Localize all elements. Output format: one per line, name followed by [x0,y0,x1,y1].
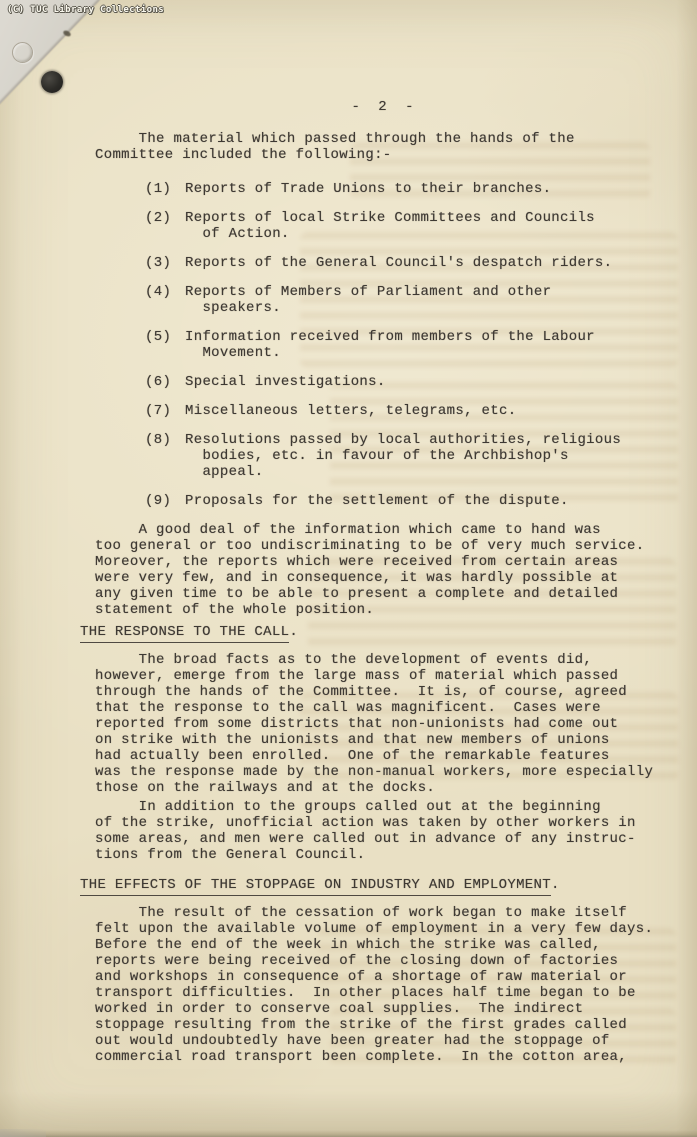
list-item: (5)Information received from members of … [95,329,675,361]
list-item: (2)Reports of local Strike Committees an… [95,210,675,242]
item-text: Reports of Trade Unions to their branche… [185,181,551,197]
heading-period: . [289,624,298,640]
item-number: (9) [145,493,171,509]
punch-hole [41,71,63,93]
section-heading-response: THE RESPONSE TO THE CALL. [80,624,675,640]
item-text: Information received from members of the… [185,329,595,361]
library-watermark: (C) TUC Library Collections [7,5,164,15]
typewritten-content: - 2 - The material which passed through … [95,99,675,1065]
list-item: (1)Reports of Trade Unions to their bran… [95,181,675,197]
item-number: (5) [145,329,171,345]
punch-ring-impression [12,42,33,63]
item-number: (7) [145,403,171,419]
paragraph-broad-facts: The broad facts as to the development of… [95,652,675,796]
item-text: Reports of Members of Parliament and oth… [185,284,551,316]
list-item: (8)Resolutions passed by local authoriti… [95,432,675,480]
item-number: (3) [145,255,171,271]
list-item: (4)Reports of Members of Parliament and … [95,284,675,316]
materials-list: (1)Reports of Trade Unions to their bran… [95,181,675,509]
list-item: (6)Special investigations. [95,374,675,390]
paragraph-result: The result of the cessation of work bega… [95,905,675,1065]
item-number: (1) [145,181,171,197]
intro-paragraph: The material which passed through the ha… [95,131,675,163]
page-bottom-edge [0,1130,697,1137]
item-text: Proposals for the settlement of the disp… [185,493,569,509]
list-item: (3)Reports of the General Council's desp… [95,255,675,271]
item-text: Miscellaneous letters, telegrams, etc. [185,403,516,419]
page-number: - 2 - [95,99,675,115]
heading-period: . [551,877,560,893]
paragraph-in-addition: In addition to the groups called out at … [95,799,675,863]
item-number: (4) [145,284,171,300]
list-item: (9)Proposals for the settlement of the d… [95,493,675,509]
item-number: (6) [145,374,171,390]
item-text: Special investigations. [185,374,386,390]
page-bottom-left-edge [0,1129,46,1137]
item-text: Reports of local Strike Committees and C… [185,210,595,242]
item-number: (8) [145,432,171,448]
heading-underlined-text: THE EFFECTS OF THE STOPPAGE ON INDUSTRY … [80,877,551,896]
item-text: Reports of the General Council's despatc… [185,255,612,271]
list-item: (7)Miscellaneous letters, telegrams, etc… [95,403,675,419]
document-page: (C) TUC Library Collections - 2 - The ma… [0,0,697,1137]
paragraph-general-info: A good deal of the information which cam… [95,522,675,618]
item-number: (2) [145,210,171,226]
item-text: Resolutions passed by local authorities,… [185,432,621,480]
heading-underlined-text: THE RESPONSE TO THE CALL [80,624,289,643]
section-heading-effects: THE EFFECTS OF THE STOPPAGE ON INDUSTRY … [80,877,675,893]
